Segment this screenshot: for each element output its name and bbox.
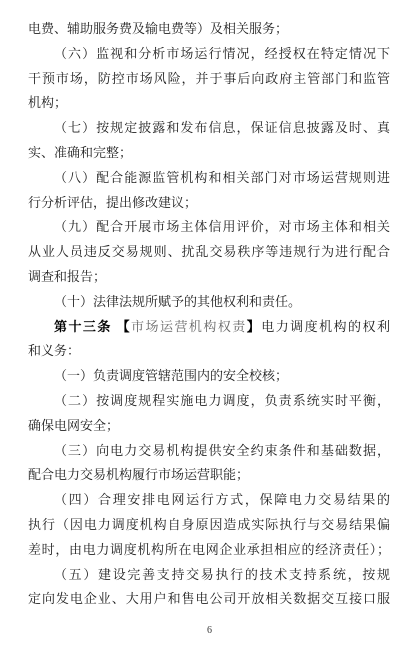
text-line: （五）建设完善支持交易执行的技术支持系统，按规: [28, 563, 390, 588]
text-line: 配合电力交易机构履行市场运营职能；: [28, 463, 390, 488]
text-line: 干预市场，防控市场风险，并于事后向政府主管部门和监管: [28, 67, 390, 92]
text-line: 和义务：: [28, 339, 390, 364]
text-line: 实、准确和完整；: [28, 141, 390, 166]
text-line: 机构；: [28, 91, 390, 116]
text-line: （六）监视和分析市场运行情况，经授权在特定情况下: [28, 42, 390, 67]
text-line: 定向发电企业、大用户和售电公司开放相关数据交互接口服: [28, 587, 390, 612]
text-line: （七）按规定披露和发布信息，保证信息披露及时、真: [28, 116, 390, 141]
text-line: （九）配合开展市场主体信用评价，对市场主体和相关: [28, 215, 390, 240]
article-tag-text: 市场运营机构权责: [131, 319, 247, 334]
text-line: 从业人员违反交易规则、扰乱交易秩序等违规行为进行配合: [28, 240, 390, 265]
text-line: 调查和报告；: [28, 265, 390, 290]
text-line: （十）法律法规所赋予的其他权利和责任。: [28, 290, 390, 315]
text-line: 差时，由电力调度机构所在电网企业承担相应的经济责任）；: [28, 538, 390, 563]
text-line: （八）配合能源监管机构和相关部门对市场运营规则进: [28, 166, 390, 191]
text-line: （三）向电力交易机构提供安全约束条件和基础数据，: [28, 439, 390, 464]
text-line: 执行（因电力调度机构自身原因造成实际执行与交易结果偏: [28, 513, 390, 538]
article-text: 电力调度机构的权利: [261, 319, 390, 334]
article-number: 第十三条: [54, 319, 117, 334]
text-line: 第十三条 【市场运营机构权责】电力调度机构的权利: [28, 315, 390, 340]
text-line: （四）合理安排电网运行方式，保障电力交易结果的: [28, 488, 390, 513]
page-number: 6: [0, 625, 419, 636]
text-line: （二）按调度规程实施电力调度，负责系统实时平衡，: [28, 389, 390, 414]
document-body: 电费、辅助服务费及输电费等）及相关服务；（六）监视和分析市场运行情况，经授权在特…: [28, 17, 390, 612]
text-line: 电费、辅助服务费及输电费等）及相关服务；: [28, 17, 390, 42]
article-number: 【: [117, 319, 131, 334]
text-line: 确保电网安全；: [28, 414, 390, 439]
article-number: 】: [247, 319, 261, 334]
document-page: 电费、辅助服务费及输电费等）及相关服务；（六）监视和分析市场运行情况，经授权在特…: [0, 0, 419, 648]
text-line: 行分析评估，提出修改建议；: [28, 191, 390, 216]
text-line: （一）负责调度管辖范围内的安全校核；: [28, 364, 390, 389]
